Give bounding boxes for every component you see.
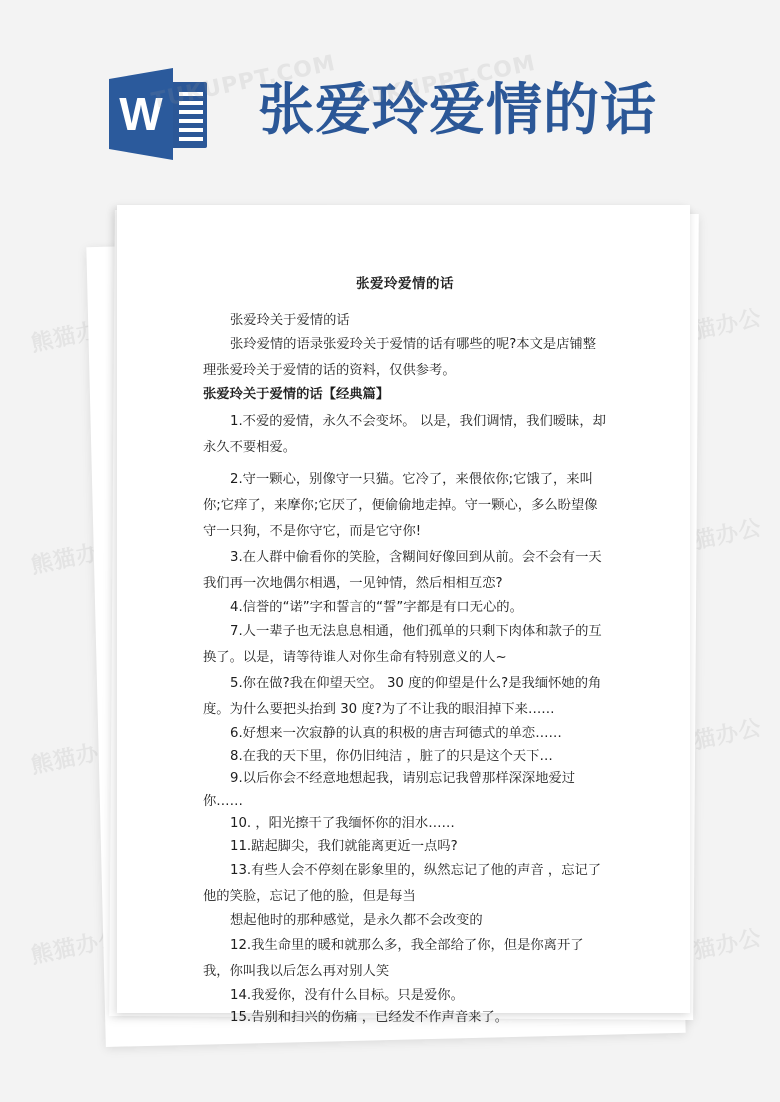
banner-title: 张爱玲爱情的话: [258, 78, 657, 142]
quote-item: 13.有些人会不停刻在影象里的，纵然忘记了他的声音 ，忘记了他的笑脸，忘记了他的…: [203, 858, 607, 910]
quote-item: 1.不爱的爱情，永久不会变坏。 以是，我们调情，我们暧昧，却永久不要相爱。: [203, 409, 607, 461]
quote-item: 12.我生命里的暖和就那么多，我全部给了你，但是你离开了我，你叫我以后怎么再对别…: [203, 933, 607, 985]
document-body: 张爱玲爱情的话 张爱玲关于爱情的话 张玲爱情的语录张爱玲关于爱情的话有哪些的呢?…: [203, 273, 607, 1030]
word-icon-letter: W: [115, 88, 167, 140]
word-icon-line: [179, 137, 203, 141]
quote-item: 5.你在做?我在仰望天空。 30 度的仰望是什么?是我缅怀她的角度。为什么要把头…: [203, 671, 607, 723]
quote-item: 9.以后你会不经意地想起我，请别忘记我曾那样深深地爱过你……: [203, 768, 607, 813]
paragraph: 张爱玲关于爱情的话: [203, 310, 607, 333]
word-icon-line: [179, 119, 203, 123]
quote-item: 想起他时的那种感觉，是永久都不会改变的: [203, 910, 607, 933]
document-page: 张爱玲爱情的话 张爱玲关于爱情的话 张玲爱情的语录张爱玲关于爱情的话有哪些的呢?…: [117, 205, 690, 1013]
word-icon-line: [179, 101, 203, 105]
quote-item: 14.我爱你，没有什么目标。只是爱你。: [203, 985, 607, 1008]
paragraph: 张玲爱情的语录张爱玲关于爱情的话有哪些的呢?本文是店铺整理张爱玲关于爱情的话的资…: [203, 332, 607, 384]
quote-item: 6.好想来一次寂静的认真的积极的唐吉珂德式的单恋……: [203, 723, 607, 746]
section-heading: 张爱玲关于爱情的话【经典篇】: [203, 384, 607, 407]
stage: W 张爱玲爱情的话 TUKUPPT.COM TUKUPPT.COM 熊猫办公 T…: [0, 0, 780, 1102]
quote-item: 3.在人群中偷看你的笑脸，含糊间好像回到从前。会不会有一天我们再一次地偶尔相遇，…: [203, 545, 607, 597]
word-icon: W: [109, 68, 207, 160]
quote-item: 4.信誉的“诺”字和誓言的“誓”字都是有口无心的。: [203, 597, 607, 620]
word-icon-line: [179, 128, 203, 132]
quote-item: 8.在我的天下里，你仍旧纯洁 ，脏了的只是这个天下…: [203, 746, 607, 769]
word-icon-line: [179, 92, 203, 96]
quote-item: 2.守一颗心，别像守一只猫。它冷了，来偎依你;它饿了，来叫你;它痒了，来摩你;它…: [203, 467, 607, 545]
quote-item: 11.踮起脚尖，我们就能离更近一点吗?: [203, 836, 607, 859]
quote-item: 7.人一辈子也无法息息相通，他们孤单的只剩下肉体和款子的互换了。以是，请等待谁人…: [203, 619, 607, 671]
quote-item: 15.告别和扫兴的伤痛 ，已经发不作声音来了。: [203, 1007, 607, 1030]
document-title: 张爱玲爱情的话: [203, 273, 607, 296]
word-icon-line: [179, 110, 203, 114]
quote-item: 10. ，阳光擦干了我缅怀你的泪水……: [203, 813, 607, 836]
header-banner: W 张爱玲爱情的话: [0, 0, 780, 190]
